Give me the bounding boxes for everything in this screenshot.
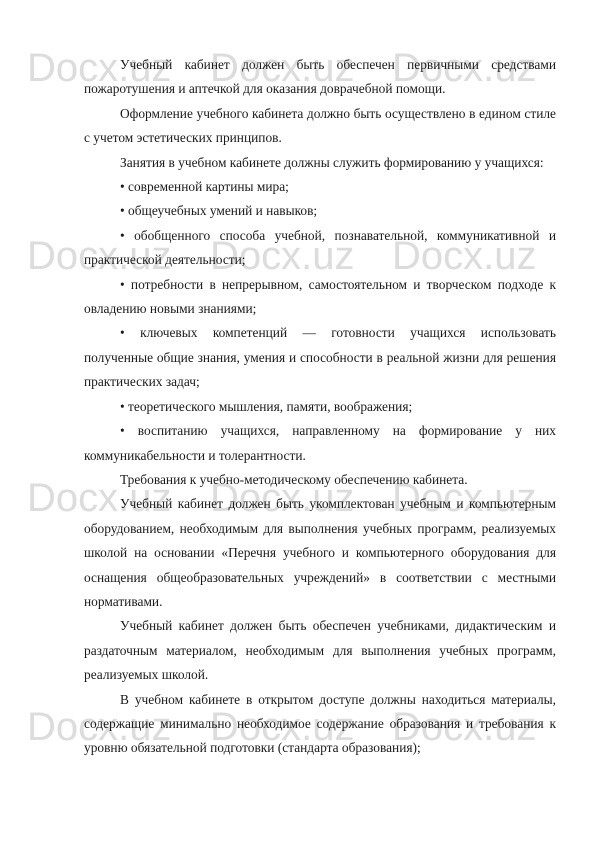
paragraph-lessons-intro: Занятия в учебном кабинете должны служит… <box>84 151 556 175</box>
paragraph-equipment: Учебный кабинет должен быть укомплектова… <box>84 492 556 614</box>
list-item: • ключевых компетенций — готовности учащ… <box>84 321 556 394</box>
paragraph-fire-safety: Учебный кабинет должен быть обеспечен пе… <box>84 53 556 102</box>
paragraph-open-access-materials: В учебном кабинете в открытом доступе до… <box>84 688 556 761</box>
list-item: • обобщенного способа учебной, познавате… <box>84 224 556 273</box>
list-item: • теоретического мышления, памяти, вообр… <box>84 395 556 419</box>
paragraph-design-style: Оформление учебного кабинета должно быть… <box>84 102 556 151</box>
list-item: • общеучебных умений и навыков; <box>84 199 556 223</box>
list-item: • потребности в непрерывном, самостоятел… <box>84 273 556 322</box>
paragraph-textbooks: Учебный кабинет должен быть обеспечен уч… <box>84 614 556 687</box>
section-heading-methodical-support: Требования к учебно-методическому обеспе… <box>84 468 556 492</box>
document-page: Учебный кабинет должен быть обеспечен пе… <box>84 53 556 761</box>
list-item: • современной картины мира; <box>84 175 556 199</box>
list-item: • воспитанию учащихся, направленному на … <box>84 419 556 468</box>
